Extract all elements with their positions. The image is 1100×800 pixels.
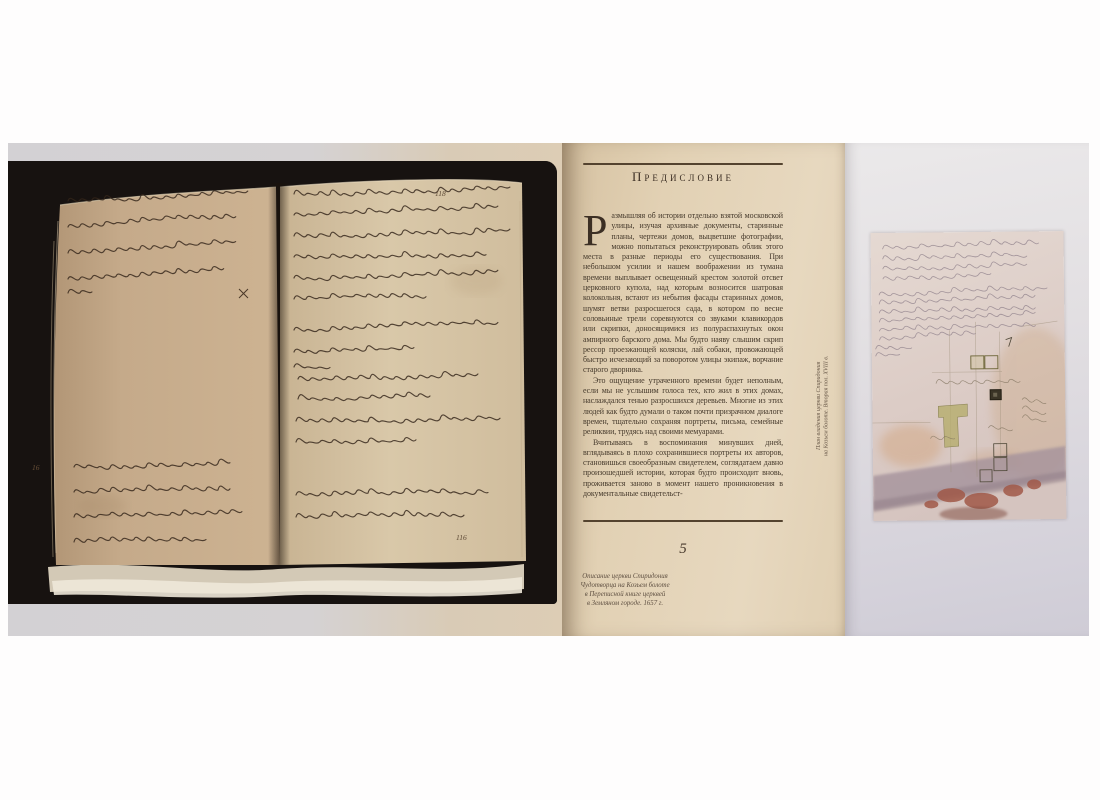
left-book-page: 118 116 16: [8, 143, 562, 636]
filled-square-inner: [993, 393, 997, 397]
paragraph-1: Размышляя об истории отдельно взятой мос…: [583, 211, 783, 376]
header-rule: [583, 163, 783, 165]
margin-mark: 16: [32, 463, 40, 472]
folio-number-bottom: 116: [456, 533, 467, 542]
manuscript-photo: [8, 161, 557, 604]
plan-document-image: [870, 231, 1066, 521]
folio-number-top: 118: [435, 189, 446, 198]
paragraph-2: Это ощущение утраченного времени будет н…: [583, 376, 783, 438]
plan-side-caption: План владения церкви Спиридонияна Козьем…: [816, 323, 831, 488]
plan-square: [971, 356, 984, 369]
page-number: 5: [583, 541, 783, 558]
preface-page: Предисловие Размышляя об истории отдельн…: [562, 143, 845, 636]
paragraph-1-text: азмышляя об истории отдельно взятой моск…: [583, 211, 783, 374]
paragraph-3: Вчитываясь в воспоминания минувших дней,…: [583, 438, 783, 500]
manuscript-photo-plate: 118 116 16: [8, 161, 557, 604]
plan-drawing: [870, 231, 1066, 521]
book-spread-photo: 118 116 16 Предисловие Размышляя об исто…: [8, 143, 1089, 636]
page-title: Предисловие: [583, 169, 783, 185]
plan-page: [845, 143, 1089, 636]
paper-stain: [79, 495, 127, 517]
gutter-shadow: [268, 183, 290, 565]
drop-cap: Р: [583, 211, 611, 248]
manuscript-caption: Описание церкви СпиридонияЧудотворца на …: [574, 572, 676, 608]
footer-rule: [583, 520, 783, 522]
preface-body-text: Размышляя об истории отдельно взятой мос…: [583, 211, 783, 517]
